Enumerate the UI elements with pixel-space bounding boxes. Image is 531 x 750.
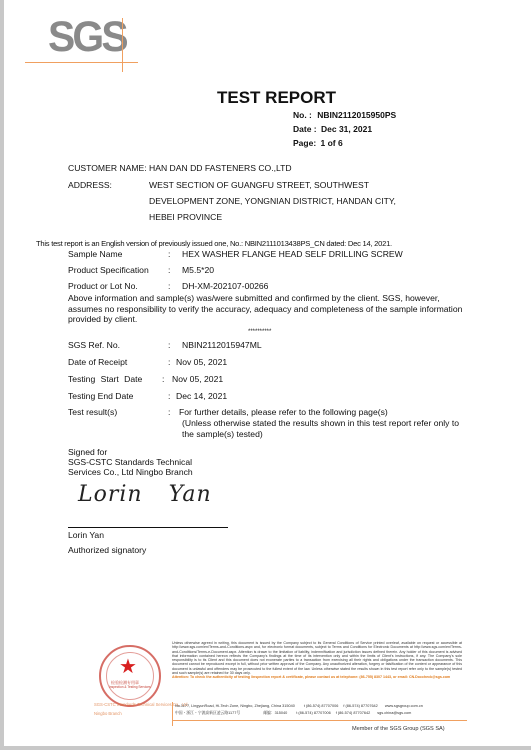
signed-for-line-2: SGS-CSTC Standards Technical [68,457,192,467]
signed-for-line-3: Services Co., Ltd Ningbo Branch [68,467,193,477]
english-version-note: This test report is an English version o… [36,239,392,248]
report-date-label: Date : [293,124,317,134]
testing-start-label: Testing Start Date [68,374,142,384]
product-spec-value: M5.5*20 [182,265,214,275]
website: www.sgsgroup.com.cn [385,704,423,708]
test-results-note-1: (Unless otherwise stated the results sho… [182,418,459,428]
lot-no-label: Product or Lot No. [68,281,138,291]
colon: : [168,391,170,401]
postcode: 邮编：315040 [263,711,287,715]
logo-vertical-rule [122,18,123,72]
address-line-3: HEBEI PROVINCE [149,212,222,222]
testing-end-label: Testing End Date [68,391,133,401]
test-results-note-2: the sample(s) tested) [182,429,263,439]
terms-block: Unless otherwise agreed in writing, this… [172,641,462,680]
signature-line [68,527,228,528]
company-seal: ★ 检验检测专用章 Inspection & Testing Services [99,645,161,707]
page-value: 1 of 6 [321,138,343,148]
address-en: No.1177, LingyunRoad, Hi-Tech Zone, Ning… [175,704,295,708]
separator-stars: ********** [248,329,271,335]
sgs-ref-value: NBIN2112015947ML [182,340,262,350]
email: sgs.china@sgs.com [377,711,411,715]
address-cn: 中国・浙江・宁波高新区凌云路1177号 [175,711,240,715]
address-row-cn: 中国・浙江・宁波高新区凌云路1177号 邮编：315040 t (86-574)… [175,711,411,716]
footer-vertical-rule [172,702,173,726]
address-label: ADDRESS: [68,180,112,190]
signature-last: Yan [169,482,212,507]
colon: : [168,281,170,291]
colon: : [168,265,170,275]
report-title: TEST REPORT [217,88,336,108]
report-number-label: No. : [293,110,312,120]
telephone: t (86-574) 87707006 [304,704,338,708]
telephone-2: t (86-574) 87707006 [296,711,330,715]
handwritten-signature: Lorin Yan [78,482,212,507]
stamp-caption-2: Ningbo Branch [94,711,122,716]
receipt-date-value: Nov 05, 2021 [176,357,227,367]
terms-text: Unless otherwise agreed in writing, this… [172,641,462,675]
receipt-date-label: Date of Receipt [68,357,127,367]
report-date: Date : Dec 31, 2021 [293,124,372,134]
signature-first: Lorin [78,482,143,507]
sample-disclaimer: Above information and sample(s) was/were… [68,293,468,325]
report-page-number: Page: 1 of 6 [293,138,343,148]
product-spec-label: Product Specification [68,265,149,275]
report-date-value: Dec 31, 2021 [321,124,372,134]
star-icon: ★ [119,657,137,677]
address-line-2: DEVELOPMENT ZONE, YONGNIAN DISTRICT, HAN… [149,196,396,206]
sgs-ref-label: SGS Ref. No. [68,340,120,350]
sample-name-label: Sample Name [68,249,122,259]
report-page: SGS TEST REPORT No. : NBIN2112015950PS D… [4,0,531,746]
address-line-1: WEST SECTION OF GUANGFU STREET, SOUTHWES… [149,180,369,190]
fax-2: f (86-574) 87707642 [336,711,370,715]
colon: : [168,340,170,350]
customer-name-value: HAN DAN DD FASTENERS CO.,LTD [149,163,292,173]
seal-text-en: Inspection & Testing Services [109,685,151,689]
signatory-name: Lorin Yan [68,530,104,540]
testing-end-value: Dec 14, 2021 [176,391,227,401]
authenticity-notice: Attention: To check the authenticity of … [172,675,462,679]
address-row-en: No.1177, LingyunRoad, Hi-Tech Zone, Ning… [175,704,423,708]
colon: : [168,357,170,367]
sgs-member-note: Member of the SGS Group (SGS SA) [352,726,445,732]
colon: : [162,374,164,384]
sgs-logo: SGS [48,12,126,62]
colon: : [168,249,170,259]
lot-no-value: DH-XM-202107-00266 [182,281,268,291]
signatory-title: Authorized signatory [68,545,146,555]
test-results-label: Test result(s) [68,407,117,417]
report-number-value: NBIN2112015950PS [317,110,396,120]
customer-name-label: CUSTOMER NAME: [68,163,147,173]
page-label: Page: [293,138,316,148]
footer-horizontal-rule [172,720,467,721]
testing-start-value: Nov 05, 2021 [172,374,223,384]
sample-name-value: HEX WASHER FLANGE HEAD SELF DRILLING SCR… [182,249,403,259]
fax: f (86-574) 87707642 [343,704,377,708]
signed-for-line-1: Signed for [68,447,107,458]
test-results-value: For further details, please refer to the… [179,407,388,417]
colon: : [168,407,170,417]
report-number: No. : NBIN2112015950PS [293,110,396,120]
